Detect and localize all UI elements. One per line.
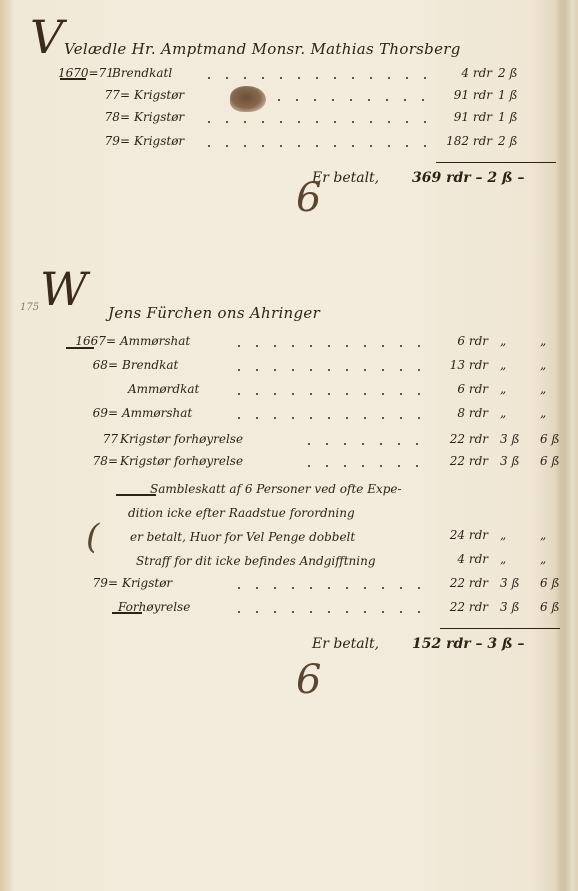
sum-line — [436, 162, 556, 163]
leader-dots — [230, 611, 430, 613]
strike-mark — [60, 78, 86, 80]
ledger-row: 68= Brendkat 13 rdr „ „ — [0, 358, 578, 378]
row-rigsdaler: 22 rdr — [432, 576, 488, 590]
row-year: 79= — [88, 576, 118, 590]
ledger-row: 69= Ammørshat 8 rdr „ „ — [0, 406, 578, 426]
row-rigsdaler: 22 rdr — [432, 432, 488, 446]
strike-mark — [66, 347, 94, 349]
row-rigsdaler: 6 rdr — [432, 382, 488, 396]
row-penning: „ — [540, 552, 546, 566]
row-skilling: 1 ß — [498, 110, 517, 124]
row-label: Krigstør forhøyrelse — [120, 454, 243, 468]
row-skilling: 2 ß — [498, 66, 517, 80]
row-year: 77= — [100, 88, 130, 102]
row-penning: „ — [540, 358, 546, 372]
ledger-row: 1667= Ammørshat 6 rdr „ „ — [0, 334, 578, 354]
leader-dots — [230, 369, 430, 371]
total-label: Er betalt, — [312, 170, 379, 186]
row-penning: 6 ß — [540, 600, 559, 614]
ledger-row: Forhøyrelse 22 rdr 3 ß 6 ß — [0, 600, 578, 620]
row-skilling: „ — [500, 528, 506, 542]
note-line: dition icke efter Raadstue forordning — [128, 506, 355, 520]
row-rigsdaler: 24 rdr — [432, 528, 488, 542]
row-rigsdaler: 6 rdr — [432, 334, 488, 348]
total-amount: 152 rdr – 3 ß – — [412, 636, 525, 652]
row-label: Ammørshat — [120, 334, 190, 348]
row-rigsdaler: 4 rdr — [432, 66, 492, 80]
leader-dots — [230, 393, 430, 395]
row-rigsdaler: 91 rdr — [432, 110, 492, 124]
row-skilling: „ — [500, 358, 506, 372]
row-skilling: „ — [500, 406, 506, 420]
row-skilling: 3 ß — [500, 432, 519, 446]
row-penning: „ — [540, 382, 546, 396]
row-label: Krigstør — [134, 110, 184, 124]
leader-dots — [300, 443, 430, 445]
leader-dots — [230, 345, 430, 347]
ledger-row: 4 rdr „ „ — [0, 552, 578, 572]
leader-dots — [270, 99, 430, 101]
row-label: Ammørshat — [122, 406, 192, 420]
section2-heading: Jens Fürchen ons Ahringer — [108, 304, 320, 322]
row-label: Ammørdkat — [128, 382, 199, 396]
leader-dots — [230, 417, 430, 419]
row-skilling: 3 ß — [500, 600, 519, 614]
leader-dots — [200, 121, 430, 123]
row-year: 69= — [88, 406, 118, 420]
row-year: 1667= — [66, 334, 116, 348]
row-rigsdaler: 22 rdr — [432, 454, 488, 468]
row-rigsdaler: 13 rdr — [432, 358, 488, 372]
row-skilling: 2 ß — [498, 134, 517, 148]
row-label: Brendkat — [122, 358, 178, 372]
row-penning: „ — [540, 334, 546, 348]
row-label: Krigstør — [134, 88, 184, 102]
row-rigsdaler: 182 rdr — [432, 134, 492, 148]
ledger-row: 24 rdr „ „ — [0, 528, 578, 548]
row-year: 77 — [88, 432, 118, 446]
section1-initial: V — [30, 14, 63, 60]
row-rigsdaler: 91 rdr — [432, 88, 492, 102]
row-penning: „ — [540, 528, 546, 542]
leader-dots — [200, 145, 430, 147]
flourish: 6 — [296, 660, 321, 700]
note-line: Sambleskatt af 6 Personer ved ofte Expe- — [150, 482, 402, 496]
ledger-row: 77= Krigstør 91 rdr 1 ß — [0, 88, 578, 108]
leader-dots — [200, 77, 430, 79]
row-skilling: „ — [500, 382, 506, 396]
row-label: Krigstør forhøyrelse — [120, 432, 243, 446]
leader-dots — [300, 465, 430, 467]
total-amount: 369 rdr – 2 ß – — [412, 170, 525, 186]
row-year: 68= — [88, 358, 118, 372]
row-skilling: 3 ß — [500, 576, 519, 590]
ledger-row: 78= Krigstør forhøyrelse 22 rdr 3 ß 6 ß — [0, 454, 578, 474]
flourish: 6 — [296, 178, 321, 218]
row-year: 78= — [100, 110, 130, 124]
ledger-row: 79= Krigstør 182 rdr 2 ß — [0, 134, 578, 154]
row-skilling: „ — [500, 552, 506, 566]
row-penning: 6 ß — [540, 576, 559, 590]
leader-dots — [230, 587, 430, 589]
row-year: 78= — [88, 454, 118, 468]
ledger-row: 1670=71 Brendkatl 4 rdr 2 ß — [0, 66, 578, 86]
row-rigsdaler: 4 rdr — [432, 552, 488, 566]
ledger-row: 77 Krigstør forhøyrelse 22 rdr 3 ß 6 ß — [0, 432, 578, 452]
section1-heading: Velædle Hr. Amptmand Monsr. Mathias Thor… — [64, 40, 461, 58]
section2-initial: W — [40, 266, 87, 312]
ledger-row: Ammørdkat 6 rdr „ „ — [0, 382, 578, 402]
sum-line — [440, 628, 560, 629]
strike-mark — [112, 612, 142, 614]
row-label: Krigstør — [122, 576, 172, 590]
row-skilling: „ — [500, 334, 506, 348]
row-penning: 6 ß — [540, 454, 559, 468]
row-skilling: 1 ß — [498, 88, 517, 102]
row-rigsdaler: 22 rdr — [432, 600, 488, 614]
row-label: Brendkatl — [112, 66, 172, 80]
row-rigsdaler: 8 rdr — [432, 406, 488, 420]
row-penning: „ — [540, 406, 546, 420]
ledger-row: 79= Krigstør 22 rdr 3 ß 6 ß — [0, 576, 578, 596]
ledger-row: 78= Krigstør 91 rdr 1 ß — [0, 110, 578, 130]
total-label: Er betalt, — [312, 636, 379, 652]
row-skilling: 3 ß — [500, 454, 519, 468]
margin-number: 175 — [20, 302, 39, 313]
row-label: Krigstør — [134, 134, 184, 148]
row-penning: 6 ß — [540, 432, 559, 446]
row-year: 79= — [100, 134, 130, 148]
